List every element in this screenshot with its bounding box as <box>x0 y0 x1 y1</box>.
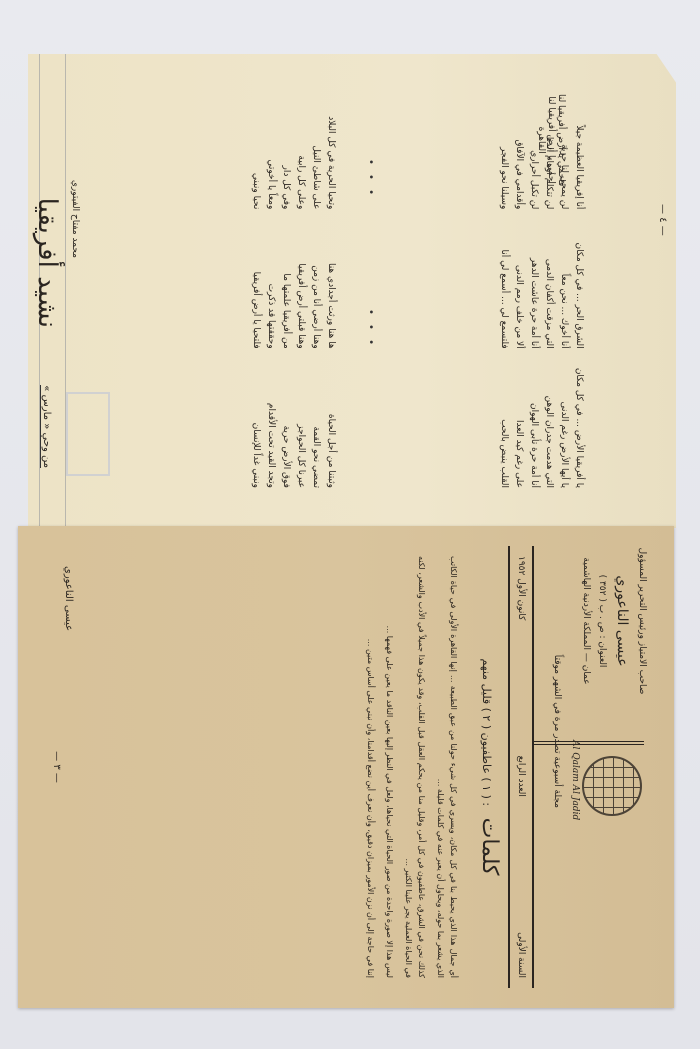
issue-date: كانون الأول ١٩٥٢ <box>516 556 526 620</box>
stanza-line: فلتسمع لي ... أسمع لي أنا <box>496 227 511 348</box>
masthead-tagline: مجلة أسبوعية تصدر مرة في الشهر موقتاً <box>552 655 562 808</box>
stanza-line: يا أفريقيا الأرض ... في كل مكان <box>571 367 586 488</box>
poem-title: نشيد أفريقيا <box>32 198 62 328</box>
stanza-line: وحققتها قد ذكرت <box>263 227 278 348</box>
lower-page-content: Al Qalam Al Jadid مجلة أسبوعية تصدر مرة … <box>18 526 674 1008</box>
stanza-line: تمضي نحو القمة <box>308 367 323 488</box>
stanza-line: وفي كل دار <box>278 88 293 209</box>
lower-page: Al Qalam Al Jadid مجلة أسبوعية تصدر مرة … <box>18 526 674 1008</box>
stanza-line: من أفريقيا علمتها ما <box>278 227 293 348</box>
stanza-line: أنا أمة حرة عاشت الدهر <box>526 227 541 348</box>
stanza-separator: • • • <box>365 309 376 348</box>
signoff-place: القاهرة <box>536 94 546 186</box>
stanza-line: أنا أمة حرة تأبى الهوان <box>526 367 541 488</box>
stanza-line: ونبني غداً للإنسان <box>248 367 263 488</box>
paragraph: كذلك نحن في الشرق، عاطفيون في كل أمر، وق… <box>402 556 428 978</box>
page-number: — ٤ — <box>657 204 668 236</box>
stanza-line: وثبتنا من أجل الحياة <box>323 367 338 488</box>
stanza-line: ها هنا ورثت أجدادي هنا <box>323 227 338 348</box>
stanza-line: وعلى كل رابية <box>293 88 308 209</box>
stanza-line: القلب ينبض بالحب <box>496 367 511 488</box>
paragraph: أي جمال هذا الذي يحيط بنا في كل مكان، وي… <box>434 556 460 978</box>
editorial-title: كلمات <box>477 818 502 876</box>
stanza-line: ومعاً يا أخوتي <box>263 88 278 209</box>
stanza: وثبتنا من أجل الحياةتمضي نحو القمةعبرنا … <box>106 367 338 488</box>
editor-name: عيسى الناعوري <box>614 546 630 696</box>
stamp-mark <box>66 392 110 476</box>
location-line: عمان — المملكة الأردنية الهاشمية <box>581 557 591 684</box>
upper-page: من وحي « مارس » نشيد أفريقيا محمد مفتاح … <box>28 54 676 528</box>
stanza-line: ألا من خلف رمم الدنى <box>511 227 526 348</box>
upper-page-content: من وحي « مارس » نشيد أفريقيا محمد مفتاح … <box>28 54 676 528</box>
editorial-body: أي جمال هذا الذي يحيط بنا في كل مكان، وي… <box>130 556 460 978</box>
editorial-subtitle: : ( ١ ) عاطفيون ( ٢ ) قليل منهم <box>480 658 493 806</box>
issue-number: العدد الرابع <box>516 756 526 797</box>
stanza-line: نحيا ونبني <box>248 88 263 209</box>
masthead: Al Qalam Al Jadid مجلة أسبوعية تصدر مرة … <box>504 526 674 1008</box>
stanza-line: وتجد القيد تحت الأقدام <box>263 367 278 488</box>
page-number: — ٣ — <box>51 526 62 1008</box>
stanza: وتحيا الحرية في كل البلادعلى شاطئ النيلو… <box>106 88 338 209</box>
stanza-line: يا أيها الأرض رغم الدنى <box>556 367 571 488</box>
stanza-line: عبرنا كل الحواجز <box>293 367 308 488</box>
stanza-line: وسيلنا نحو الفجر <box>496 88 511 209</box>
stanza-line: فلتحيا يا أرض أفريقيا <box>248 227 263 348</box>
stanza-line: الشرق الحر ... في كل مكان <box>571 227 586 348</box>
globe-pen-icon <box>582 756 642 816</box>
poem-stanzas: يا أفريقيا الأرض ... في كل مكانيا أيها ا… <box>106 88 586 488</box>
publisher-block: صاحب الامتياز ورئيس التحرير المسؤول عيسى… <box>578 546 650 696</box>
stanza-line: على رغم كيد العدا <box>511 367 526 488</box>
stanza: الشرق الحر ... في كل مكانأنا أخوك ... نح… <box>354 227 586 348</box>
issue-info-bar: السنة الأولى العدد الرابع كانون الأول ١٩… <box>508 546 534 988</box>
publisher-label: صاحب الامتياز ورئيس التحرير المسؤول <box>637 548 647 695</box>
poem-kicker: من وحي « مارس » <box>40 385 52 468</box>
stanza-line: وهنا قبلتي أرض أفريقيا <box>293 227 308 348</box>
stanza-line: وأقدامي في الآفاق <box>511 88 526 209</box>
margin-rule <box>65 54 66 528</box>
paragraph: إننا في حاجة إلى أن نزن الأمور بميزان دق… <box>364 556 377 978</box>
stanza: ها هنا ورثت أجدادي هناوهنا أرضي أنا من ز… <box>106 227 338 348</box>
address-line: العنوان : ص . ب ( ٣٥٢ ) <box>597 575 607 668</box>
volume-year: السنة الأولى <box>516 932 526 978</box>
stanza-line: أنا أخوك ... نحن معاً <box>556 227 571 348</box>
magazine-logo: Al Qalam Al Jadid <box>564 738 654 828</box>
logo-latin-text: Al Qalam Al Jadid <box>570 740 580 820</box>
stanza: يا أفريقيا الأرض ... في كل مكانيا أيها ا… <box>354 367 586 488</box>
stanza-line: وتحيا الحرية في كل البلاد <box>323 88 338 209</box>
stanza-separator: • • • <box>365 159 376 198</box>
stanza-line: أنا إفريقيا العظيمة جيلاً <box>571 88 586 209</box>
poem-signoff: فاحمي يا أرض أفريقيا لنا احمي يا أرض أفر… <box>536 94 566 186</box>
masthead-divider <box>534 741 644 745</box>
stanza-line: فوق الأرض حرية <box>278 367 293 488</box>
refrain-line: احمي يا أرض أفريقيا لنا <box>546 94 556 186</box>
poem-byline: محمد مفتاح الفيتوري <box>70 180 80 258</box>
stanza-line: التي هدمت جدران الوهن <box>541 367 556 488</box>
stanza-line: التي مزقت أكفان الدمى <box>541 227 556 348</box>
author-signature: عيسى الناعوري <box>63 566 74 631</box>
paragraph: ليس هذا إلا صورة واحدة من صور الحياة الت… <box>383 556 396 978</box>
stanza-line: على شاطئ النيل <box>308 88 323 209</box>
editorial-heading: كلمات : ( ١ ) عاطفيون ( ٢ ) قليل منهم <box>477 556 502 978</box>
stanza-line: وهنا أرضي أنا من زمن <box>308 227 323 348</box>
refrain-line: فاحمي يا أرض أفريقيا لنا <box>556 94 566 186</box>
